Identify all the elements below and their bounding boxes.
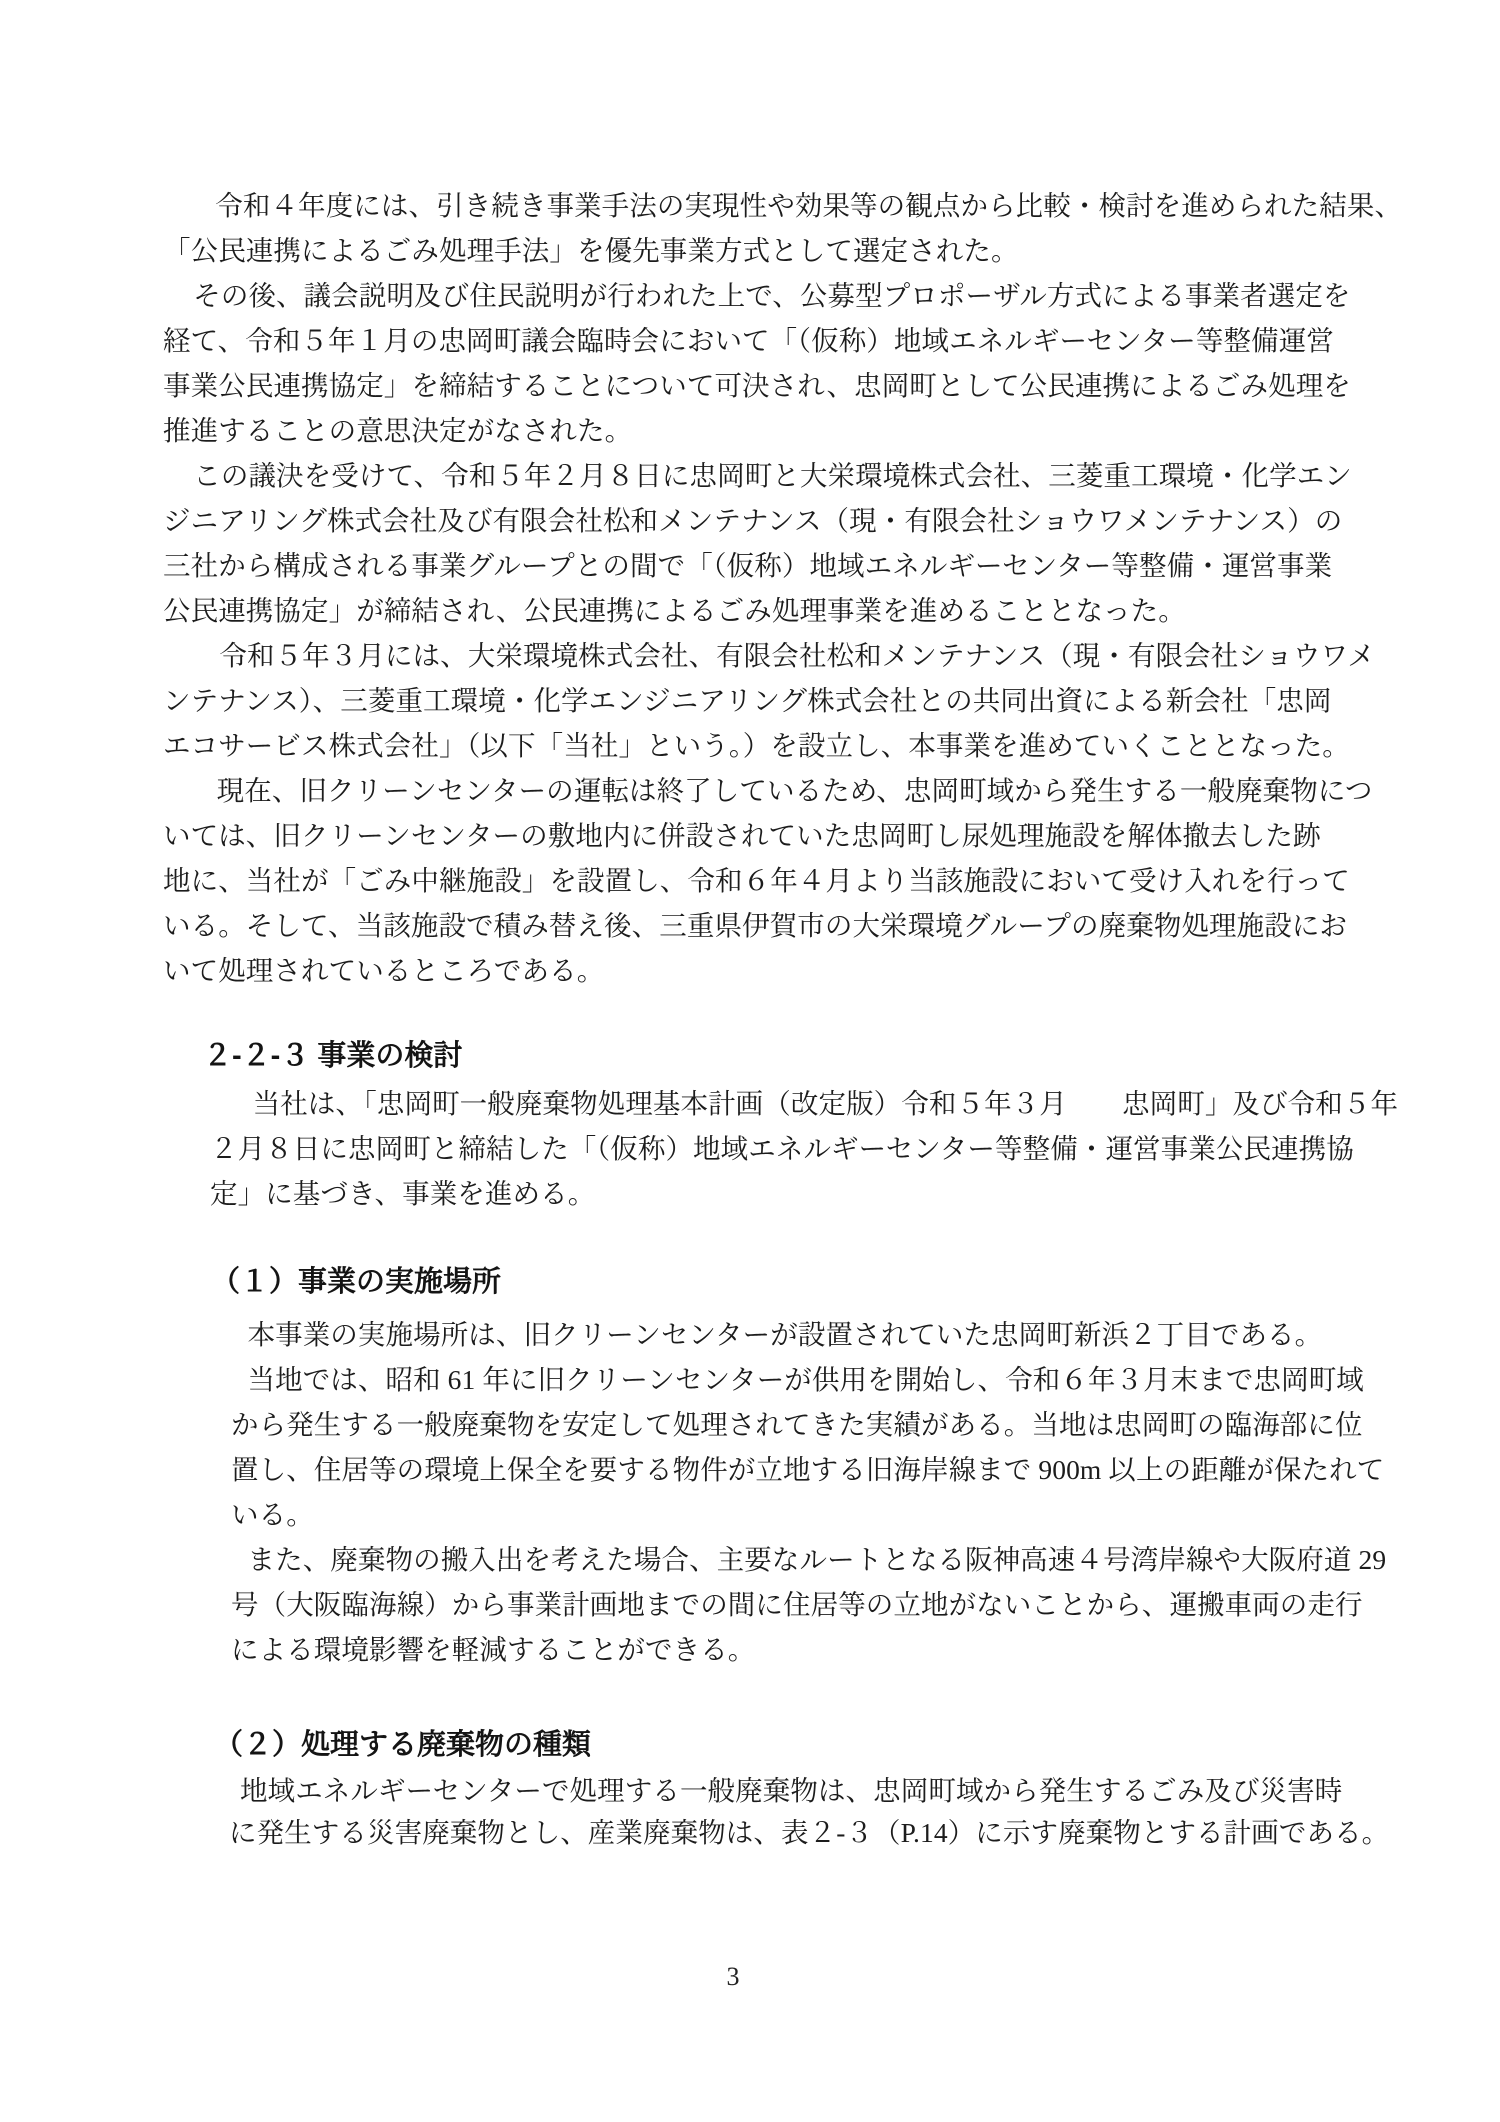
paragraph-company-founded: 令和５年３月には、大栄環境株式会社、有限会社松和メンテナンス（現・有限会社ショウ… xyxy=(163,633,1353,768)
paragraph-waste-types: 地域エネルギーセンターで処理する一般廃棄物は、忠岡町域から発生するごみ及び災害時… xyxy=(229,1770,1394,1854)
paragraph-agreement-signed: この議決を受けて、令和５年２月８日に忠岡町と大栄環境株式会社、三菱重工環境・化学… xyxy=(163,453,1353,633)
paragraph-site-history: 当地では、昭和 61 年に旧クリーンセンターが供用を開始し、令和６年３月末まで忠… xyxy=(231,1357,1396,1537)
document-page: 令和４年度には、引き続き事業手法の実現性や効果等の観点から比較・検討を進められた… xyxy=(0,0,1500,2122)
paragraph-site-location: 本事業の実施場所は、旧クリーンセンターが設置されていた忠岡町新浜２丁目である。 xyxy=(231,1312,1396,1357)
paragraph-council-decision: その後、議会説明及び住民説明が行われた上で、公募型プロポーザル方式による事業者選… xyxy=(163,273,1353,453)
section-heading-2-2-3: ２-２-３ 事業の検討 xyxy=(203,1038,462,1074)
subsection-2-body: 地域エネルギーセンターで処理する一般廃棄物は、忠岡町域から発生するごみ及び災害時… xyxy=(229,1770,1394,1854)
page-number: 3 xyxy=(163,1962,1303,1992)
paragraph-reiwa4-result: 令和４年度には、引き続き事業手法の実現性や効果等の観点から比較・検討を進められた… xyxy=(163,183,1353,273)
subsection-1-body: 本事業の実施場所は、旧クリーンセンターが設置されていた忠岡町新浜２丁目である。 … xyxy=(231,1312,1396,1672)
paragraph-transport-route: また、廃棄物の搬入出を考えた場合、主要なルートとなる阪神高速４号湾岸線や大阪府道… xyxy=(231,1537,1396,1672)
subsection-heading-1-location: （１）事業の実施場所 xyxy=(211,1264,501,1300)
paragraph-current-status: 現在、旧クリーンセンターの運転は終了しているため、忠岡町域から発生する一般廃棄物… xyxy=(163,768,1353,993)
intro-section: 令和４年度には、引き続き事業手法の実現性や効果等の観点から比較・検討を進められた… xyxy=(163,183,1353,993)
paragraph-section-2-2-3-body: 当社は、「忠岡町一般廃棄物処理基本計画（改定版）令和５年３月 忠岡町」及び令和５… xyxy=(210,1081,1390,1216)
subsection-heading-2-waste-types: （２）処理する廃棄物の種類 xyxy=(214,1727,591,1763)
